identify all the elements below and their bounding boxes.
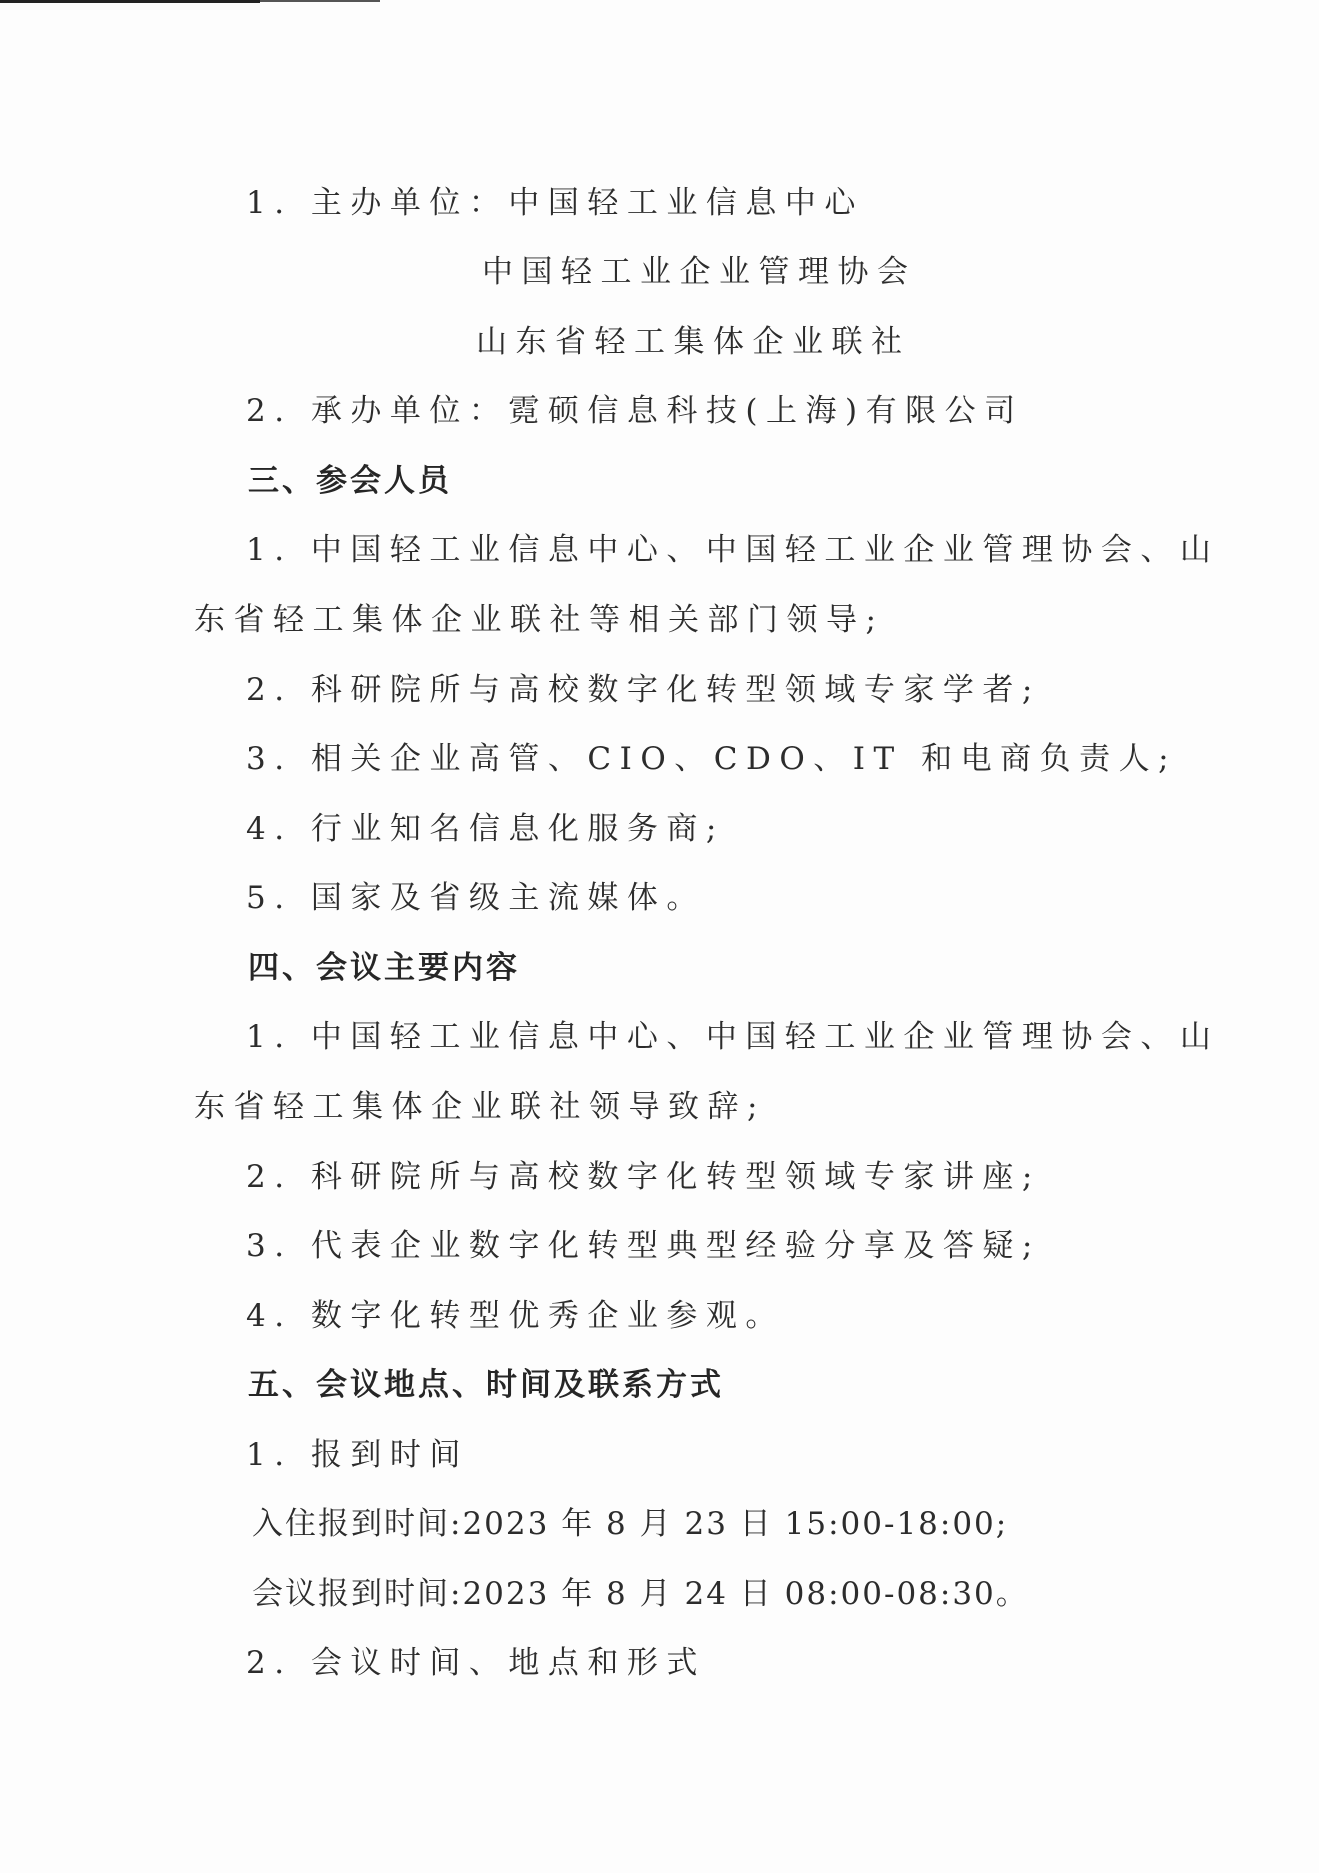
document-page: 1. 主办单位：中国轻工业信息中心 中国轻工业企业管理协会 山东省轻工集体企业联… <box>0 0 1319 1873</box>
organizer-line: 1. 主办单位：中国轻工业信息中心 <box>246 183 864 223</box>
list-item: 4. 行业知名信息化服务商; <box>246 809 725 849</box>
section-heading-venue: 五、会议地点、时间及联系方式 <box>248 1365 724 1405</box>
checkin-time: 入住报到时间:2023 年 8 月 23 日 15:00-18:00; <box>252 1504 1008 1544</box>
list-item: 3. 代表企业数字化转型典型经验分享及答疑; <box>246 1226 1041 1266</box>
list-item: 2. 科研院所与高校数字化转型领域专家讲座; <box>246 1157 1041 1197</box>
section-heading-attendees: 三、参会人员 <box>248 461 452 501</box>
list-item: 3. 相关企业高管、CIO、CDO、IT 和电商负责人; <box>246 739 1177 779</box>
list-item: 2. 会议时间、地点和形式 <box>246 1643 706 1683</box>
list-item-wrap: 东省轻工集体企业联社领导致辞; <box>194 1087 766 1127</box>
co-organizer-line: 2. 承办单位：霓硕信息科技(上海)有限公司 <box>246 391 1024 431</box>
list-item: 5. 国家及省级主流媒体。 <box>246 878 706 918</box>
list-item-wrap: 东省轻工集体企业联社等相关部门领导; <box>194 600 884 640</box>
list-item: 1. 报到时间 <box>246 1435 469 1475</box>
list-item: 1. 中国轻工业信息中心、中国轻工业企业管理协会、山 <box>246 530 1219 570</box>
organizer-line-2: 中国轻工业企业管理协会 <box>482 252 917 292</box>
section-heading-content: 四、会议主要内容 <box>248 948 520 988</box>
meeting-checkin-time: 会议报到时间:2023 年 8 月 24 日 08:00-08:30。 <box>252 1574 1029 1614</box>
organizer-line-3: 山东省轻工集体企业联社 <box>476 322 911 362</box>
list-item: 4. 数字化转型优秀企业参观。 <box>246 1296 785 1336</box>
list-item: 2. 科研院所与高校数字化转型领域专家学者; <box>246 670 1041 710</box>
list-item: 1. 中国轻工业信息中心、中国轻工业企业管理协会、山 <box>246 1017 1219 1057</box>
